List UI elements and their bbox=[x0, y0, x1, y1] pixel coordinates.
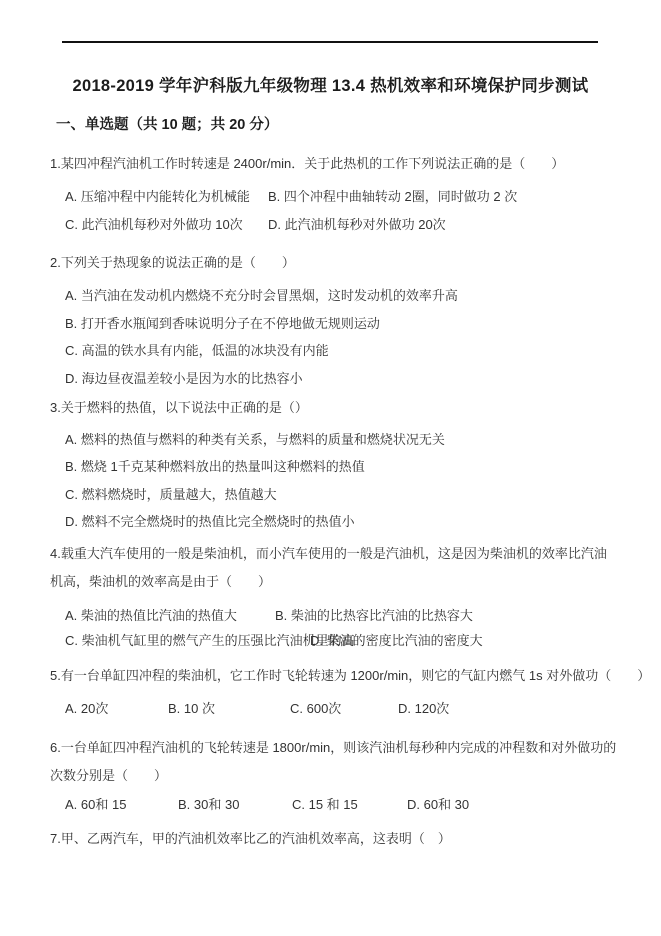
question-6-stem: 6.一台单缸四冲程汽油机的飞轮转速是 1800r/min，则该汽油机每秒种内完成… bbox=[50, 734, 622, 790]
question-2-option-b: B. 打开香水瓶闻到香味说明分子在不停地做无规则运动 bbox=[65, 315, 380, 332]
question-5-option-b: B. 10 次 bbox=[168, 700, 290, 717]
question-2-option-c: C. 高温的铁水具有内能，低温的冰块没有内能 bbox=[65, 342, 329, 359]
question-3-option-a: A. 燃料的热值与燃料的种类有关系，与燃料的质量和燃烧状况无关 bbox=[65, 431, 445, 448]
question-6-option-d: D. 60和 30 bbox=[407, 796, 641, 813]
question-6-option-b: B. 30和 30 bbox=[178, 796, 292, 813]
question-4-option-a: A. 柴油的热值比汽油的热值大 bbox=[65, 607, 275, 624]
question-1-option-c: C. 此汽油机每秒对外做功 10次 bbox=[65, 216, 268, 233]
question-7-stem: 7.甲、乙两汽车，甲的汽油机效率比乙的汽油机效率高，这表明（ ） bbox=[50, 830, 451, 847]
question-1-options-row-1: A. 压缩冲程中内能转化为机械能 B. 四个冲程中曲轴转动 2圈，同时做功 2 … bbox=[65, 188, 641, 205]
question-1-option-a: A. 压缩冲程中内能转化为机械能 bbox=[65, 188, 268, 205]
question-5-option-d: D. 120次 bbox=[398, 700, 641, 717]
question-5-option-c: C. 600次 bbox=[290, 700, 398, 717]
question-2-option-d: D. 海边昼夜温差较小是因为水的比热容小 bbox=[65, 370, 303, 387]
question-4-options-row-2: C. 柴油机气缸里的燃气产生的压强比汽油机里的高 D. 柴油的密度比汽油的密度大 bbox=[65, 632, 641, 649]
question-4-option-b: B. 柴油的比热容比汽油的比热容大 bbox=[275, 607, 641, 624]
question-5-stem: 5.有一台单缸四冲程的柴油机，它工作时飞轮转速为 1200r/min，则它的气缸… bbox=[50, 667, 650, 684]
document-title: 2018-2019 学年沪科版九年级物理 13.4 热机效率和环境保护同步测试 bbox=[0, 72, 661, 96]
question-3-option-b: B. 燃烧 1千克某种燃料放出的热量叫这种燃料的热值 bbox=[65, 458, 365, 475]
question-6-option-c: C. 15 和 15 bbox=[292, 796, 407, 813]
question-5-options-row: A. 20次 B. 10 次 C. 600次 D. 120次 bbox=[65, 700, 641, 717]
header-divider bbox=[62, 41, 598, 43]
question-6-options-row: A. 60和 15 B. 30和 30 C. 15 和 15 D. 60和 30 bbox=[65, 796, 641, 813]
question-3-option-d: D. 燃料不完全燃烧时的热值比完全燃烧时的热值小 bbox=[65, 513, 355, 530]
question-3-stem: 3.关于燃料的热值，以下说法中正确的是（） bbox=[50, 399, 308, 416]
question-4-options-row-1: A. 柴油的热值比汽油的热值大 B. 柴油的比热容比汽油的比热容大 bbox=[65, 607, 641, 624]
question-6-option-a: A. 60和 15 bbox=[65, 796, 178, 813]
question-4-option-d: D. 柴油的密度比汽油的密度大 bbox=[310, 632, 641, 649]
question-1-options-row-2: C. 此汽油机每秒对外做功 10次 D. 此汽油机每秒对外做功 20次 bbox=[65, 216, 641, 233]
question-2-stem: 2.下列关于热现象的说法正确的是（ ） bbox=[50, 254, 295, 271]
question-4-stem: 4.载重大汽车使用的一般是柴油机，而小汽车使用的一般是汽油机，这是因为柴油机的效… bbox=[50, 540, 615, 596]
question-4-option-c: C. 柴油机气缸里的燃气产生的压强比汽油机里的高 bbox=[65, 632, 310, 649]
section-heading: 一、单选题（共 10 题；共 20 分） bbox=[56, 113, 278, 134]
question-2-option-a: A. 当汽油在发动机内燃烧不充分时会冒黑烟，这时发动机的效率升高 bbox=[65, 287, 458, 304]
question-5-option-a: A. 20次 bbox=[65, 700, 168, 717]
question-3-option-c: C. 燃料燃烧时，质量越大，热值越大 bbox=[65, 486, 277, 503]
question-1-option-b: B. 四个冲程中曲轴转动 2圈，同时做功 2 次 bbox=[268, 188, 641, 205]
question-1-stem: 1.某四冲程汽油机工作时转速是 2400r/min．关于此热机的工作下列说法正确… bbox=[50, 155, 564, 172]
document-page: 2018-2019 学年沪科版九年级物理 13.4 热机效率和环境保护同步测试 … bbox=[0, 0, 661, 936]
question-1-option-d: D. 此汽油机每秒对外做功 20次 bbox=[268, 216, 641, 233]
